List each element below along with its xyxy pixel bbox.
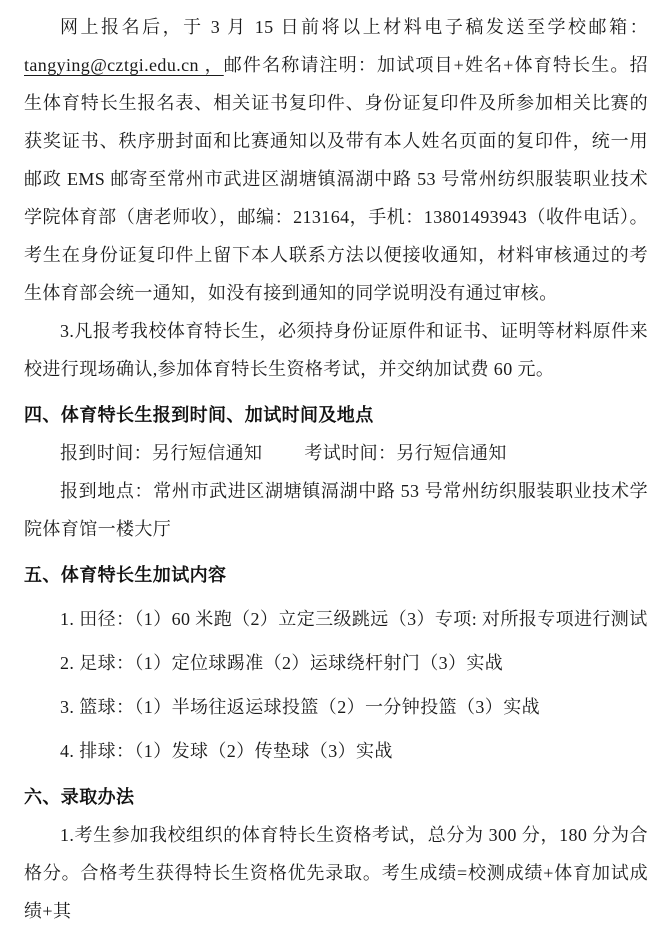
paragraph-report-location: 报到地点：常州市武进区湖塘镇滆湖中路 53 号常州纺织服装职业技术学院体育馆一楼… (24, 472, 648, 548)
exam-time-text: 考试时间：另行短信通知 (304, 443, 506, 463)
test-item-basketball: 3. 篮球：（1）半场往返运球投篮（2）一分钟投篮（3）实战 (24, 688, 648, 726)
paragraph-online-submission-after-email: 邮件名称请注明：加试项目+姓名+体育特长生。招生体育特长生报名表、相关证书复印件… (24, 55, 648, 303)
email-link[interactable]: tangying@cztgi.edu.cn ， (24, 55, 224, 75)
paragraph-onsite-confirmation: 3.凡报考我校体育特长生，必须持身份证原件和证书、证明等材料原件来校进行现场确认… (24, 312, 648, 388)
report-time-text: 报到时间：另行短信通知 (60, 443, 262, 463)
paragraph-online-submission-before-email: 网上报名后，于 3 月 15 日前将以上材料电子稿发送至学校邮箱： (60, 17, 648, 37)
test-item-football: 2. 足球：（1）定位球踢准（2）运球绕杆射门（3）实战 (24, 644, 648, 682)
section-heading-test-content: 五、体育特长生加试内容 (24, 556, 648, 594)
test-item-athletics: 1. 田径：（1）60 米跑（2）立定三级跳远（3）专项: 对所报专项进行测试 (24, 600, 648, 638)
test-item-volleyball: 4. 排球：（1）发球（2）传垫球（3）实战 (24, 732, 648, 770)
paragraph-times: 报到时间：另行短信通知考试时间：另行短信通知 (24, 434, 648, 472)
document-page: 网上报名后，于 3 月 15 日前将以上材料电子稿发送至学校邮箱：tangyin… (0, 0, 672, 930)
section-heading-report-time-place: 四、体育特长生报到时间、加试时间及地点 (24, 396, 648, 434)
paragraph-online-submission: 网上报名后，于 3 月 15 日前将以上材料电子稿发送至学校邮箱：tangyin… (24, 8, 648, 312)
paragraph-admission-method: 1.考生参加我校组织的体育特长生资格考试，总分为 300 分，180 分为合格分… (24, 816, 648, 930)
section-heading-admission-method: 六、录取办法 (24, 778, 648, 816)
